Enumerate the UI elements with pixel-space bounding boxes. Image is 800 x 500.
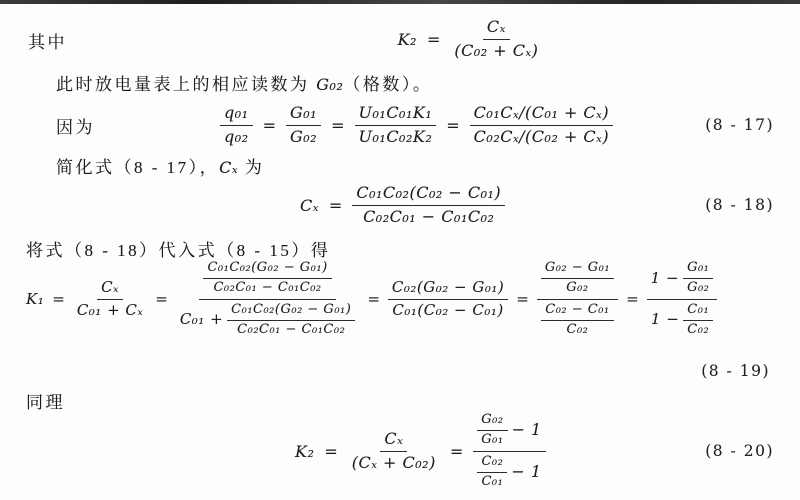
g-ratio-small-fraction: G₀₁ G₀₂	[683, 259, 713, 298]
equals-sign: =	[263, 116, 276, 135]
simplify-text-post: 为	[238, 158, 264, 177]
c-difference-fraction: C₀₂ − C₀₁ C₀₂	[541, 301, 613, 340]
simplify-sentence: 简化式（8 - 17），Cₓ 为	[56, 153, 264, 178]
k2-fraction-denominator: (C₀₂ + Cₓ)	[450, 40, 542, 63]
equation-number-819: (8 - 19)	[701, 362, 770, 380]
equation-k2-definition: K₂ = Cₓ (C₀₂ + Cₓ)	[70, 16, 800, 63]
where-label: 其中	[28, 28, 67, 53]
k1-definition-fraction: Cₓ C₀₁ + Cₓ	[73, 277, 147, 321]
reading-sentence: 此时放电量表上的相应读数为 G₀₂（格数）。	[56, 70, 432, 95]
c-ratio-fraction: C₀₂ C₀₁	[477, 453, 507, 492]
k2-fraction-numerator: Cₓ	[483, 16, 510, 40]
double-decker-fraction: G₀₂ − G₀₁ G₀₂ C₀₂ − C₀₁ C₀₂	[537, 258, 618, 341]
equation-820: K₂ = Cₓ (Cₓ + C₀₂) = G₀₂ G₀₁ − 1 C₀₂ C₀₁…	[0, 410, 774, 493]
g-ratio-fraction: G₀₂ G₀₁	[477, 411, 507, 450]
equals-sign: =	[516, 290, 529, 308]
reading-text-post: （格数）。	[343, 75, 432, 94]
inner-fraction-bottom: C₀₁C₀₂(G₀₂ − G₀₁) C₀₂C₀₁ − C₀₁C₀₂	[227, 301, 355, 340]
equals-sign: =	[155, 290, 168, 308]
nested-substitution-fraction: C₀₁C₀₂(G₀₂ − G₀₁) C₀₂C₀₁ − C₀₁C₀₂ C₀₁ + …	[176, 258, 360, 341]
equals-sign: =	[324, 442, 337, 461]
equation-817: 因为 q₀₁ q₀₂ = G₀₁ G₀₂ = U₀₁C₀₁K₁ U₀₁C₀₂K₂…	[56, 102, 774, 149]
equals-sign: =	[446, 116, 459, 135]
simplify-text-pre: 简化式（8 - 17），	[56, 158, 219, 177]
reading-text-pre: 此时放电量表上的相应读数为	[56, 75, 316, 94]
k1-symbol: K₁	[26, 290, 44, 308]
outer-denominator-prefix: C₀₁ +	[180, 310, 223, 330]
equals-sign: =	[450, 442, 463, 461]
textbook-page: 其中 K₂ = Cₓ (C₀₂ + Cₓ) 此时放电量表上的相应读数为 G₀₂（…	[0, 0, 800, 500]
minus-one-suffix-bottom: − 1	[511, 462, 541, 483]
equation-819: K₁ = Cₓ C₀₁ + Cₓ = C₀₁C₀₂(G₀₂ − G₀₁) C₀₂…	[26, 258, 796, 341]
c-ratio-small-fraction: C₀₁ C₀₂	[683, 301, 713, 340]
cx-ratio-fraction: C₀₁Cₓ/(C₀₁ + Cₓ) C₀₂Cₓ/(C₀₂ + Cₓ)	[470, 102, 613, 149]
one-minus-prefix-top: 1 −	[651, 269, 679, 289]
g-difference-fraction: G₀₂ − G₀₁ G₀₂	[541, 259, 614, 298]
k2-lhs-symbol: K₂	[295, 442, 314, 461]
equals-sign: =	[367, 290, 380, 308]
because-label: 因为	[56, 113, 95, 138]
equation-number-818: (8 - 18)	[705, 196, 774, 214]
equation-number-817: (8 - 17)	[705, 116, 774, 134]
equation-number-820: (8 - 20)	[705, 442, 774, 460]
cx-lhs-symbol: Cₓ	[300, 196, 319, 215]
simplified-ratio-fraction: C₀₂(G₀₂ − G₀₁) C₀₁(C₀₂ − C₀₁)	[388, 277, 508, 321]
equals-sign: =	[331, 116, 344, 135]
cx-solution-fraction: C₀₁C₀₂(C₀₂ − C₀₁) C₀₂C₀₁ − C₀₁C₀₂	[352, 182, 505, 229]
k2-result-fraction: G₀₂ G₀₁ − 1 C₀₂ C₀₁ − 1	[473, 410, 545, 493]
equals-sign: =	[427, 30, 440, 49]
inner-fraction-top: C₀₁C₀₂(G₀₂ − G₀₁) C₀₂C₀₁ − C₀₁C₀₂	[203, 259, 331, 298]
equation-818: Cₓ = C₀₁C₀₂(C₀₂ − C₀₁) C₀₂C₀₁ − C₀₁C₀₂ (…	[0, 182, 774, 229]
minus-one-suffix-top: − 1	[512, 420, 542, 441]
one-minus-prefix-bottom: 1 −	[651, 310, 679, 330]
k2-fraction: Cₓ (C₀₂ + Cₓ)	[450, 16, 542, 63]
scan-artifact-top-edge	[0, 0, 800, 4]
charge-ratio-fraction: q₀₁ q₀₂	[220, 102, 253, 149]
equals-sign: =	[52, 290, 65, 308]
cx-symbol: Cₓ	[219, 158, 238, 177]
equals-sign: =	[329, 196, 342, 215]
k2-symbol: K₂	[398, 30, 417, 49]
final-result-fraction: 1 − G₀₁ G₀₂ 1 − C₀₁ C₀₂	[647, 258, 718, 341]
equals-sign: =	[626, 290, 639, 308]
uck-ratio-fraction: U₀₁C₀₁K₁ U₀₁C₀₂K₂	[355, 102, 437, 149]
g02-symbol: G₀₂	[316, 75, 343, 94]
k2-definition-fraction: Cₓ (Cₓ + C₀₂)	[348, 428, 440, 475]
reading-ratio-fraction: G₀₁ G₀₂	[286, 102, 321, 149]
